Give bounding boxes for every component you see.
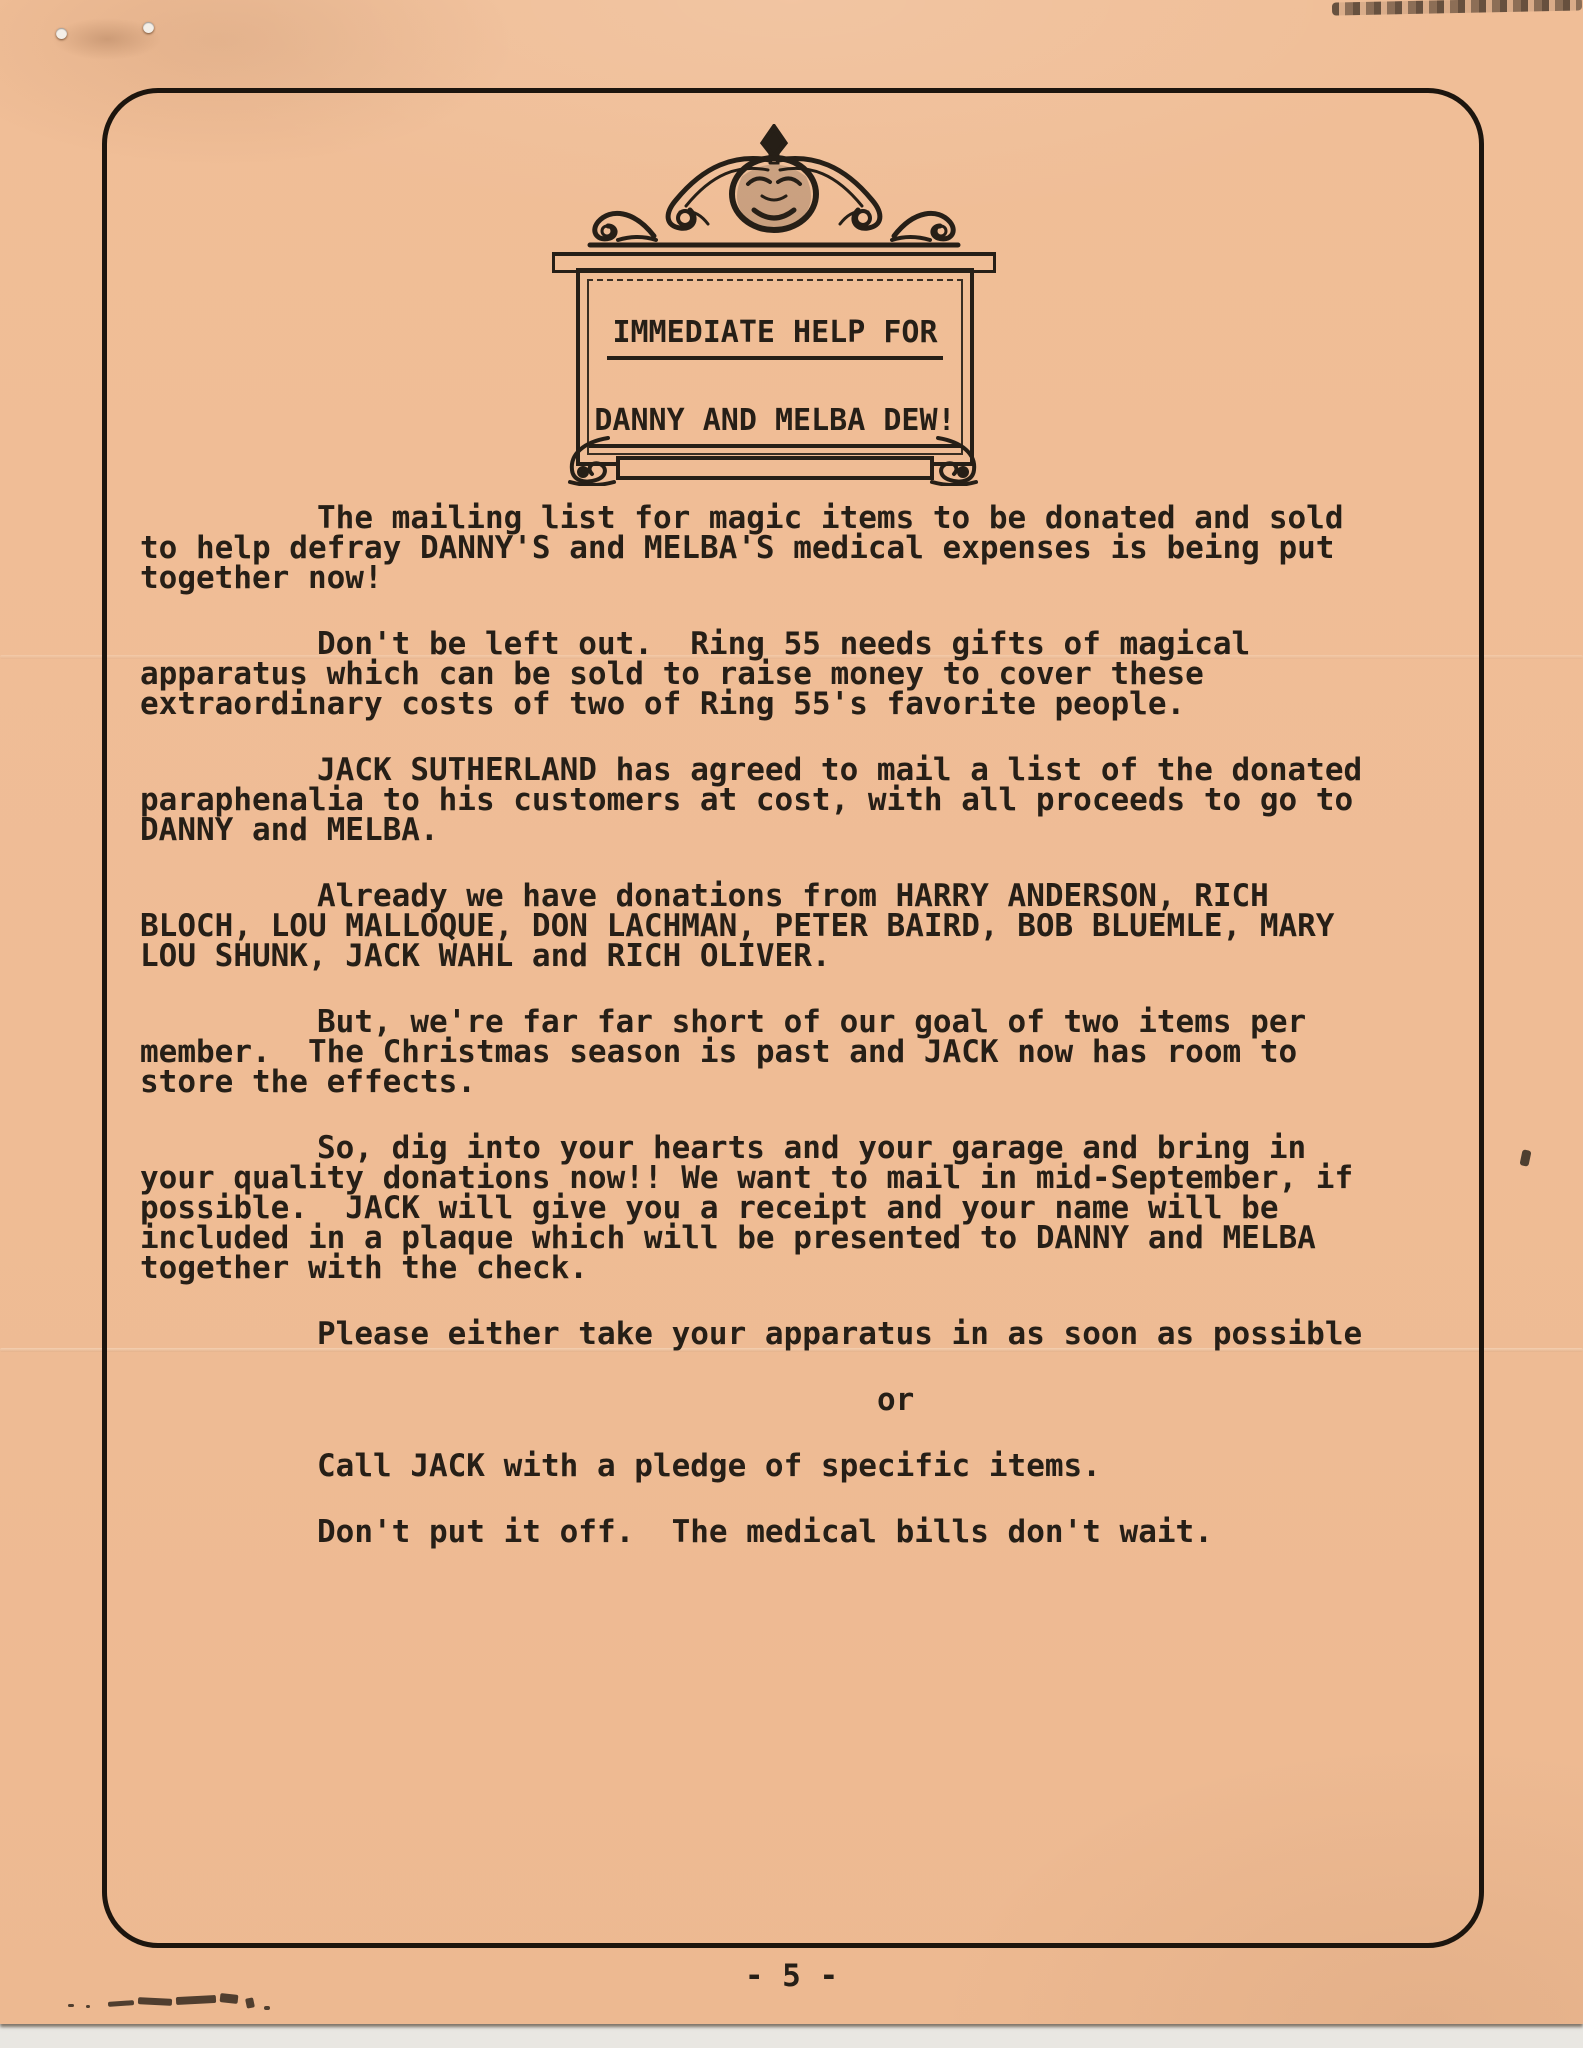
text-line: BLOCH, LOU MALLOQUE, DON LACHMAN, PETER …	[140, 911, 1470, 941]
text-line: Already we have donations from HARRY AND…	[140, 881, 1470, 911]
text-line: So, dig into your hearts and your garage…	[140, 1133, 1470, 1163]
body-paragraph: Call JACK with a pledge of specific item…	[140, 1451, 1470, 1481]
page-number: - 5 -	[0, 1958, 1583, 1994]
body-text: The mailing list for magic items to be d…	[140, 503, 1470, 1547]
text-line: apparatus which can be sold to raise mon…	[140, 659, 1470, 689]
body-paragraph: But, we're far far short of our goal of …	[140, 1007, 1470, 1097]
text-line: to help defray DANNY'S and MELBA'S medic…	[140, 533, 1470, 563]
body-paragraph: JACK SUTHERLAND has agreed to mail a lis…	[140, 755, 1470, 845]
text-line: paraphenalia to his customers at cost, w…	[140, 785, 1470, 815]
body-paragraph: Don't put it off. The medical bills don'…	[140, 1517, 1470, 1547]
staple-hole	[56, 28, 67, 39]
text-line: possible. JACK will give you a receipt a…	[140, 1193, 1470, 1223]
text-line: But, we're far far short of our goal of …	[140, 1007, 1470, 1037]
text-line: Call JACK with a pledge of specific item…	[140, 1451, 1470, 1481]
text-line: The mailing list for magic items to be d…	[140, 503, 1470, 533]
plaque-title-line1: IMMEDIATE HELP FOR	[580, 318, 970, 360]
text-line: your quality donations now!! We want to …	[140, 1163, 1470, 1193]
title-plaque: IMMEDIATE HELP FOR DANNY AND MELBA DEW!	[576, 268, 974, 466]
text-line: included in a plaque which will be prese…	[140, 1223, 1470, 1253]
body-paragraph-or: or	[140, 1385, 1470, 1415]
text-line: store the effects.	[140, 1067, 1470, 1097]
text-line: Don't put it off. The medical bills don'…	[140, 1517, 1470, 1547]
text-line: member. The Christmas season is past and…	[140, 1037, 1470, 1067]
text-line: Don't be left out. Ring 55 needs gifts o…	[140, 629, 1470, 659]
body-paragraph: Already we have donations from HARRY AND…	[140, 881, 1470, 971]
text-line: together now!	[140, 563, 1470, 593]
text-line: DANNY and MELBA.	[140, 815, 1470, 845]
text-line: together with the check.	[140, 1253, 1470, 1283]
scanned-newsletter-page: IMMEDIATE HELP FOR DANNY AND MELBA DEW! …	[0, 0, 1583, 2048]
body-paragraph: So, dig into your hearts and your garage…	[140, 1133, 1470, 1283]
plaque-foot-scroll-icon	[562, 434, 618, 486]
text-line: JACK SUTHERLAND has agreed to mail a lis…	[140, 755, 1470, 785]
plaque-plinth	[616, 456, 934, 480]
pen-scribble	[68, 1992, 308, 2014]
text-line: extraordinary costs of two of Ring 55's …	[140, 689, 1470, 719]
text-line: or	[140, 1385, 1470, 1415]
text-line: Please either take your apparatus in as …	[140, 1319, 1470, 1349]
plaque-title-line2: DANNY AND MELBA DEW!	[580, 406, 970, 448]
plaque-foot-scroll-icon	[928, 434, 984, 486]
mask-icon	[732, 158, 816, 230]
body-paragraph: Don't be left out. Ring 55 needs gifts o…	[140, 629, 1470, 719]
body-paragraph: The mailing list for magic items to be d…	[140, 503, 1470, 593]
body-paragraph: Please either take your apparatus in as …	[140, 1319, 1470, 1349]
staple-hole	[143, 22, 154, 33]
text-line: LOU SHUNK, JACK WAHL and RICH OLIVER.	[140, 941, 1470, 971]
pediment-crest-icon	[556, 124, 992, 254]
